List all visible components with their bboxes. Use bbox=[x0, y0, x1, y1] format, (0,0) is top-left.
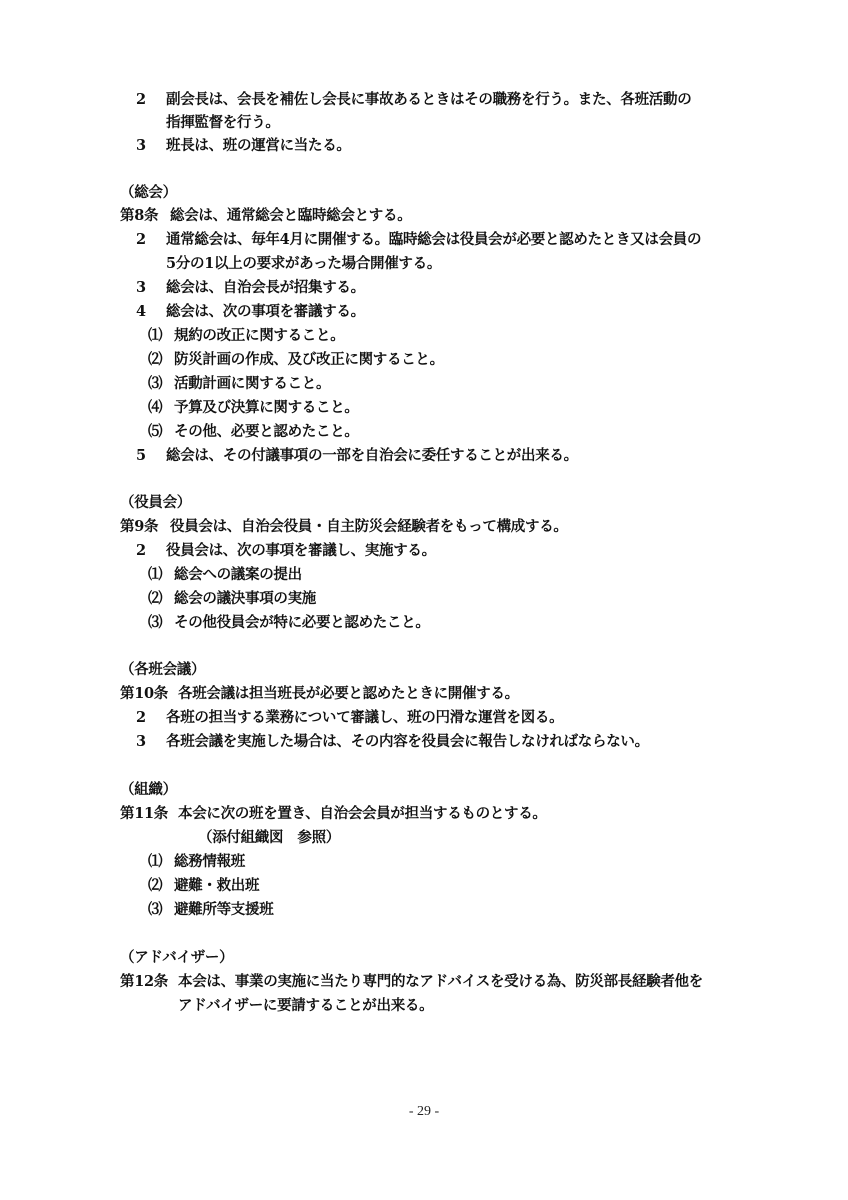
line-text: 規約の改正に関すること。 bbox=[174, 327, 344, 344]
section-heading: （添付組織図 参照） bbox=[198, 828, 340, 848]
clause-line: ⑶活動計画に関すること。 bbox=[148, 374, 330, 394]
clause-number: ⑴ bbox=[148, 565, 174, 585]
clause-line: 3班長は、班の運営に当たる。 bbox=[136, 136, 351, 156]
clause-number: 2 bbox=[136, 90, 166, 110]
article-line: 第9条役員会は、自治会役員・自主防災会経験者をもって構成する。 bbox=[120, 517, 568, 537]
line-text: 総会は、次の事項を審議する。 bbox=[166, 303, 365, 320]
line-text: 通常総会は、毎年4月に開催する。臨時総会は役員会が必要と認めたとき又は会員の bbox=[166, 231, 701, 248]
line-text: 総務情報班 bbox=[174, 853, 245, 870]
line-text: （役員会） bbox=[120, 494, 191, 511]
line-text: 5分の1以上の要求があった場合開催する。 bbox=[166, 255, 441, 272]
clause-number: ⑶ bbox=[148, 900, 174, 920]
clause-line: 4総会は、次の事項を審議する。 bbox=[136, 302, 365, 322]
clause-line: ⑵防災計画の作成、及び改正に関すること。 bbox=[148, 350, 444, 370]
line-text: 指揮監督を行う。 bbox=[166, 114, 280, 131]
clause-number: ⑷ bbox=[148, 398, 174, 418]
line-text: 予算及び決算に関すること。 bbox=[174, 399, 359, 416]
line-text: 総会への議案の提出 bbox=[174, 566, 302, 583]
line-text: 避難・救出班 bbox=[174, 877, 259, 894]
line-text: 役員会は、次の事項を審議し、実施する。 bbox=[166, 542, 436, 559]
clause-line: 2役員会は、次の事項を審議し、実施する。 bbox=[136, 541, 436, 561]
line-text: （総会） bbox=[120, 184, 177, 201]
article-line: 第10条各班会議は担当班長が必要と認めたときに開催する。 bbox=[120, 684, 519, 704]
clause-line: 3総会は、自治会長が招集する。 bbox=[136, 278, 365, 298]
line-text: その他役員会が特に必要と認めたこと。 bbox=[174, 614, 430, 631]
line-text: 副会長は、会長を補佐し会長に事故あるときはその職務を行う。また、各班活動の bbox=[166, 91, 691, 108]
article-line: 第12条本会は、事業の実施に当たり専門的なアドバイスを受ける為、防災部長経験者他… bbox=[120, 972, 703, 992]
line-text: 防災計画の作成、及び改正に関すること。 bbox=[174, 351, 444, 368]
clause-number: 第11条 bbox=[120, 804, 178, 824]
line-text: 総会の議決事項の実施 bbox=[174, 590, 316, 607]
clause-line: ⑴総会への議案の提出 bbox=[148, 565, 302, 585]
clause-number: 3 bbox=[136, 136, 166, 156]
line-text: 避難所等支援班 bbox=[174, 901, 273, 918]
line-text: 役員会は、自治会役員・自主防災会経験者をもって構成する。 bbox=[170, 518, 568, 535]
clause-number: ⑵ bbox=[148, 350, 174, 370]
line-text: 本会に次の班を置き、自治会会員が担当するものとする。 bbox=[178, 805, 547, 822]
line-text: 班長は、班の運営に当たる。 bbox=[166, 137, 351, 154]
section-heading: （総会） bbox=[120, 183, 177, 203]
clause-number: 2 bbox=[136, 230, 166, 250]
clause-line: 2通常総会は、毎年4月に開催する。臨時総会は役員会が必要と認めたとき又は会員の bbox=[136, 230, 701, 250]
line-text: （アドバイザー） bbox=[120, 949, 233, 966]
clause-number: 4 bbox=[136, 302, 166, 322]
line-text: 本会は、事業の実施に当たり専門的なアドバイスを受ける為、防災部長経験者他を bbox=[178, 973, 703, 990]
clause-line: ⑴総務情報班 bbox=[148, 852, 245, 872]
document-page: 2副会長は、会長を補佐し会長に事故あるときはその職務を行う。また、各班活動の指揮… bbox=[0, 0, 848, 1200]
clause-line: ⑶その他役員会が特に必要と認めたこと。 bbox=[148, 613, 430, 633]
line-text: 各班会議は担当班長が必要と認めたときに開催する。 bbox=[178, 685, 519, 702]
clause-number: 3 bbox=[136, 278, 166, 298]
line-text: 総会は、自治会長が招集する。 bbox=[166, 279, 365, 296]
clause-number: 第9条 bbox=[120, 517, 170, 537]
clause-number: ⑶ bbox=[148, 613, 174, 633]
section-heading: （アドバイザー） bbox=[120, 948, 233, 968]
line-text: 総会は、通常総会と臨時総会とする。 bbox=[170, 207, 411, 224]
clause-line: アドバイザーに要請することが出来る。 bbox=[178, 996, 433, 1016]
line-text: （添付組織図 参照） bbox=[198, 829, 340, 846]
clause-number: ⑵ bbox=[148, 876, 174, 896]
clause-line: ⑸その他、必要と認めたこと。 bbox=[148, 422, 359, 442]
clause-line: 3各班会議を実施した場合は、その内容を役員会に報告しなければならない。 bbox=[136, 732, 649, 752]
clause-number: ⑸ bbox=[148, 422, 174, 442]
clause-line: ⑴規約の改正に関すること。 bbox=[148, 326, 344, 346]
line-text: その他、必要と認めたこと。 bbox=[174, 423, 359, 440]
section-heading: （各班会議） bbox=[120, 660, 205, 680]
page-number: - 29 - bbox=[0, 1104, 848, 1120]
article-line: 第11条本会に次の班を置き、自治会会員が担当するものとする。 bbox=[120, 804, 547, 824]
clause-line: ⑷予算及び決算に関すること。 bbox=[148, 398, 359, 418]
clause-line: ⑵避難・救出班 bbox=[148, 876, 259, 896]
clause-number: 2 bbox=[136, 708, 166, 728]
clause-number: ⑴ bbox=[148, 852, 174, 872]
clause-number: ⑵ bbox=[148, 589, 174, 609]
clause-number: 第10条 bbox=[120, 684, 178, 704]
section-heading: （組織） bbox=[120, 780, 177, 800]
article-line: 第8条総会は、通常総会と臨時総会とする。 bbox=[120, 206, 411, 226]
line-text: （各班会議） bbox=[120, 661, 205, 678]
clause-line: 2副会長は、会長を補佐し会長に事故あるときはその職務を行う。また、各班活動の bbox=[136, 90, 691, 110]
line-text: 各班の担当する業務について審議し、班の円滑な運営を図る。 bbox=[166, 709, 563, 726]
line-text: 総会は、その付議事項の一部を自治会に委任することが出来る。 bbox=[166, 447, 578, 464]
clause-number: 3 bbox=[136, 732, 166, 752]
clause-number: 第12条 bbox=[120, 972, 178, 992]
clause-line: 2各班の担当する業務について審議し、班の円滑な運営を図る。 bbox=[136, 708, 563, 728]
line-text: 各班会議を実施した場合は、その内容を役員会に報告しなければならない。 bbox=[166, 733, 649, 750]
line-text: 活動計画に関すること。 bbox=[174, 375, 330, 392]
clause-line: 5分の1以上の要求があった場合開催する。 bbox=[166, 254, 441, 274]
clause-number: ⑴ bbox=[148, 326, 174, 346]
line-text: アドバイザーに要請することが出来る。 bbox=[178, 997, 433, 1014]
clause-line: ⑵総会の議決事項の実施 bbox=[148, 589, 316, 609]
clause-line: 指揮監督を行う。 bbox=[166, 113, 280, 133]
clause-line: 5総会は、その付議事項の一部を自治会に委任することが出来る。 bbox=[136, 446, 578, 466]
line-text: （組織） bbox=[120, 781, 177, 798]
clause-number: 第8条 bbox=[120, 206, 170, 226]
clause-number: ⑶ bbox=[148, 374, 174, 394]
clause-number: 2 bbox=[136, 541, 166, 561]
clause-line: ⑶避難所等支援班 bbox=[148, 900, 273, 920]
clause-number: 5 bbox=[136, 446, 166, 466]
section-heading: （役員会） bbox=[120, 493, 191, 513]
